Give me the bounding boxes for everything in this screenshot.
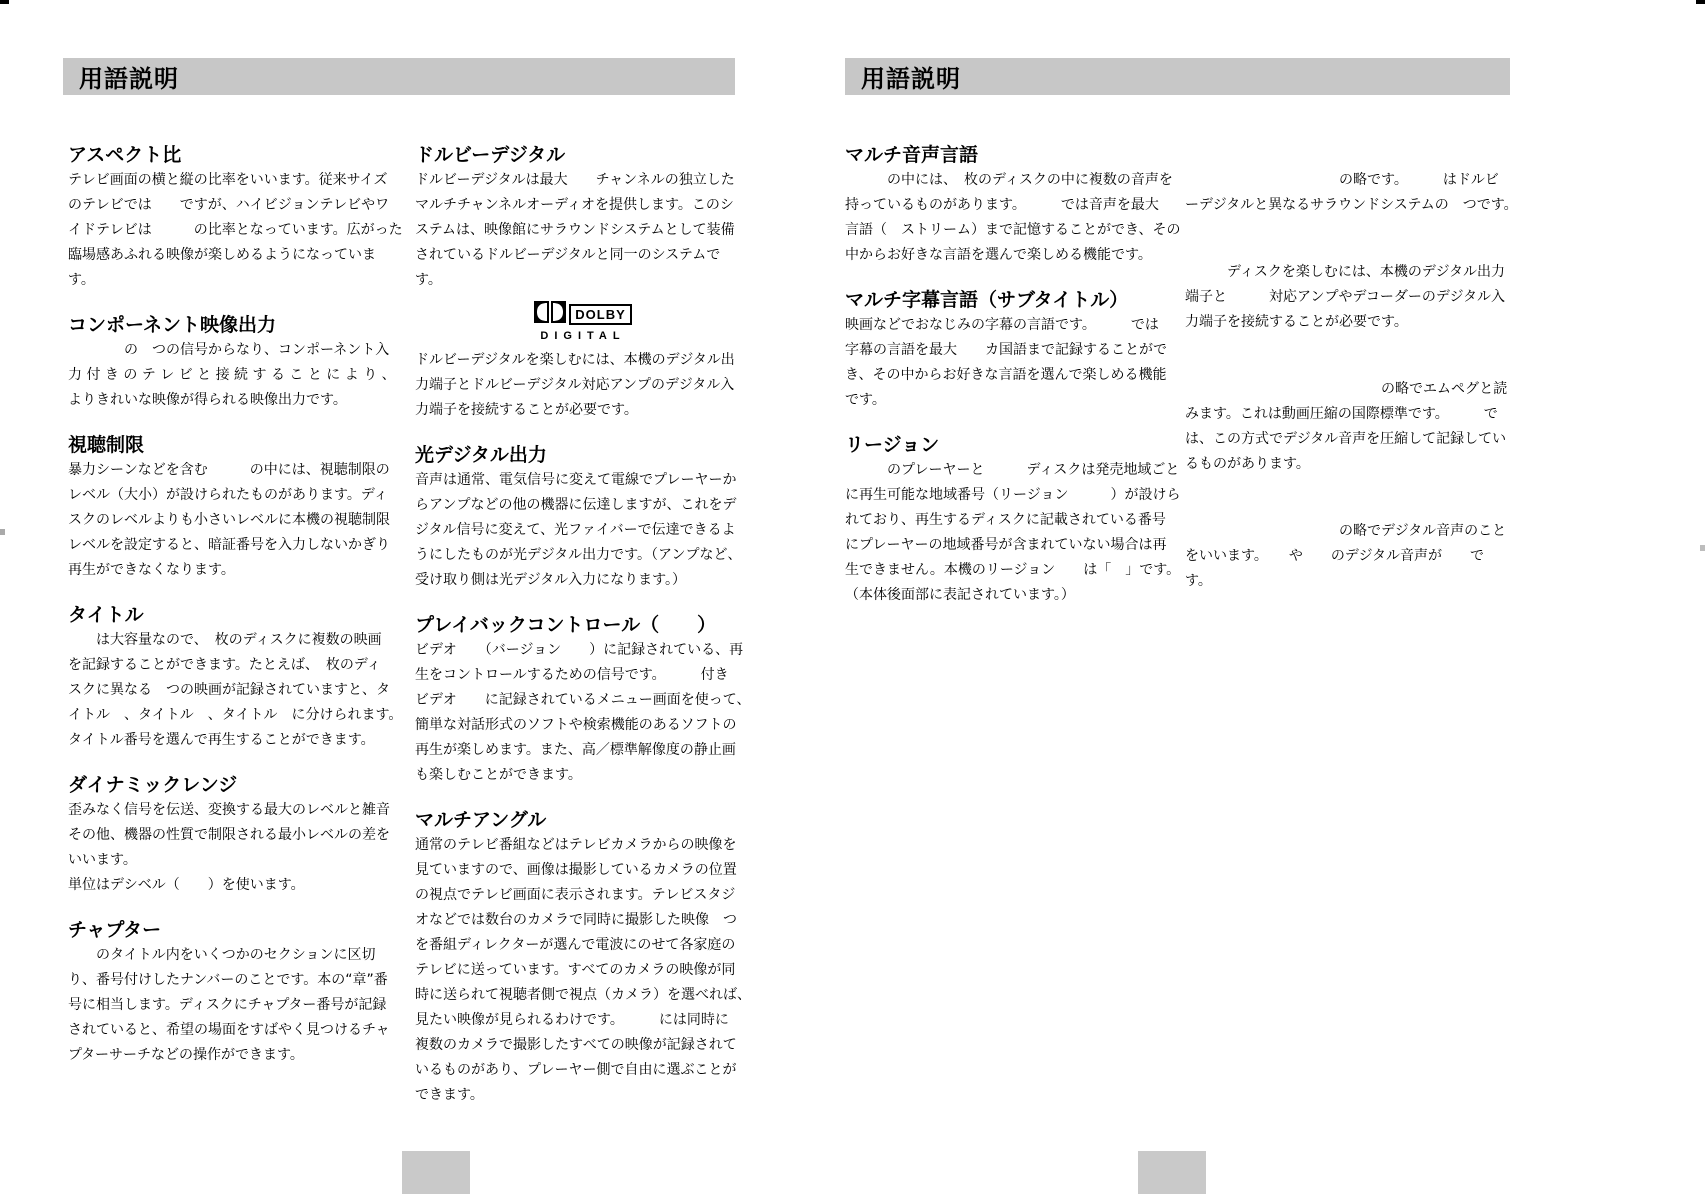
- entry-heading: コンポーネント映像出力: [68, 313, 398, 338]
- glossary-entry: アスペクト比テレビ画面の横と縦の比率をいいます。従来サイズ のテレビでは ですが…: [68, 143, 398, 293]
- glossary-entry: プレイバックコントロール（ ）ビデオ （バージョン ）に記録されている、再 生を…: [415, 613, 751, 788]
- page-number-placeholder: [402, 1151, 470, 1194]
- glossary-entry: 視聴制限暴力シーンなどを含む の中には、視聴制限の レベル（大小）が設けられたも…: [68, 433, 398, 583]
- dolby-wordmark: DOLBY: [569, 304, 632, 325]
- glossary-entry: ダイナミックレンジ歪みなく信号を伝送、変換する最大のレベルと雑音 その他、機器の…: [68, 773, 398, 898]
- glossary-entry: マルチアングル通常のテレビ番組などはテレビカメラからの映像を 見ていますので、画…: [415, 808, 751, 1108]
- entry-body: 音声は通常、電気信号に変えて電線でプレーヤーか らアンプなどの他の機器に伝達しま…: [415, 468, 751, 593]
- entry-heading: マルチ字幕言語（サブタイトル）: [845, 288, 1165, 313]
- print-mark-left-edge: [0, 529, 5, 535]
- glossary-entry: チャプター のタイトル内をいくつかのセクションに区切 り、番号付けしたナンバーの…: [68, 918, 398, 1068]
- entry-body: 映画などでおなじみの字幕の言語です。 では 字幕の言語を最大 カ国語まで記録する…: [845, 313, 1165, 413]
- manual-page-right: 用語説明 マルチ音声言語 の中には、 枚のディスクの中に複数の音声を 持っている…: [845, 58, 1510, 636]
- glossary-entry: タイトル は大容量なので、 枚のディスクに複数の映画 を記録することができます。…: [68, 603, 398, 753]
- entry-heading: マルチ音声言語: [845, 143, 1165, 168]
- double-d-icon: [534, 301, 566, 327]
- glossary-entry: の略でデジタル音声のこと をいいます。 や のデジタル音声が で す。: [1185, 519, 1518, 594]
- entry-heading: リージョン: [845, 433, 1165, 458]
- glossary-entry: コンポーネント映像出力 の つの信号からなり、コンポーネント入 力 付 き の …: [68, 313, 398, 413]
- entry-body: の略でエムペグと読 みます。これは動画圧縮の国際標準です。 で は、この方式でデ…: [1185, 377, 1518, 477]
- entry-heading: マルチアングル: [415, 808, 751, 833]
- entry-body: の略でデジタル音声のこと をいいます。 や のデジタル音声が で す。: [1185, 519, 1518, 594]
- glossary-column: の略です。 はドルビ ーデジタルと異なるサラウンドシステムの つです。 ディスク…: [1185, 143, 1518, 636]
- entry-body: は大容量なので、 枚のディスクに複数の映画 を記録することができます。たとえば、…: [68, 628, 398, 753]
- entry-body: の中には、 枚のディスクの中に複数の音声を 持っているものがあります。 では音声…: [845, 168, 1165, 268]
- glossary-entry: リージョン のプレーヤーと ディスクは発売地域ごと に再生可能な地域番号（リージ…: [845, 433, 1165, 608]
- glossary-column: マルチ音声言語 の中には、 枚のディスクの中に複数の音声を 持っているものがあり…: [845, 143, 1165, 636]
- entry-body-continued: ドルビーデジタルを楽しむには、本機のデジタル出 力端子とドルビーデジタル対応アン…: [415, 348, 751, 423]
- section-header-bar: 用語説明: [845, 58, 1510, 95]
- entry-heading: ダイナミックレンジ: [68, 773, 398, 798]
- page-title: 用語説明: [79, 59, 179, 94]
- glossary-column: ドルビーデジタルドルビーデジタルは最大 チャンネルの独立した マルチチャンネルオ…: [415, 143, 751, 1128]
- entry-body: の略です。 はドルビ ーデジタルと異なるサラウンドシステムの つです。: [1185, 168, 1518, 218]
- entry-body: のタイトル内をいくつかのセクションに区切 り、番号付けしたナンバーのことです。本…: [68, 943, 398, 1068]
- glossary-entry: マルチ字幕言語（サブタイトル）映画などでおなじみの字幕の言語です。 では 字幕の…: [845, 288, 1165, 413]
- entry-heading: アスペクト比: [68, 143, 398, 168]
- page-title: 用語説明: [861, 59, 961, 94]
- entry-heading: チャプター: [68, 918, 398, 943]
- glossary-entry: の略でエムペグと読 みます。これは動画圧縮の国際標準です。 で は、この方式でデ…: [1185, 377, 1518, 477]
- dolby-digital-logo: DOLBYDIGITAL: [415, 301, 751, 342]
- dolby-logo-row: DOLBY: [534, 301, 632, 327]
- entry-heading: タイトル: [68, 603, 398, 628]
- entry-heading: プレイバックコントロール（ ）: [415, 613, 751, 638]
- section-header-bar: 用語説明: [63, 58, 735, 95]
- glossary-entry: ディスクを楽しむには、本機のデジタル出力 端子と 対応アンプやデコーダーのデジタ…: [1185, 260, 1518, 335]
- entry-body: 暴力シーンなどを含む の中には、視聴制限の レベル（大小）が設けられたものがあり…: [68, 458, 398, 583]
- dolby-digital-label: DIGITAL: [540, 330, 625, 342]
- entry-body: ドルビーデジタルは最大 チャンネルの独立した マルチチャンネルオーディオを提供し…: [415, 168, 751, 293]
- entry-heading: ドルビーデジタル: [415, 143, 751, 168]
- page-number-placeholder: [1138, 1151, 1206, 1194]
- entry-heading: 視聴制限: [68, 433, 398, 458]
- entry-body: 通常のテレビ番組などはテレビカメラからの映像を 見ていますので、画像は撮影してい…: [415, 833, 751, 1108]
- entry-body: ビデオ （バージョン ）に記録されている、再 生をコントロールするための信号です…: [415, 638, 751, 788]
- print-mark-top-right: [1696, 0, 1705, 4]
- glossary-column: アスペクト比テレビ画面の横と縦の比率をいいます。従来サイズ のテレビでは ですが…: [68, 143, 398, 1128]
- glossary-entry: の略です。 はドルビ ーデジタルと異なるサラウンドシステムの つです。: [1185, 168, 1518, 218]
- glossary-entry: 光デジタル出力音声は通常、電気信号に変えて電線でプレーヤーか らアンプなどの他の…: [415, 443, 751, 593]
- glossary-columns: マルチ音声言語 の中には、 枚のディスクの中に複数の音声を 持っているものがあり…: [845, 143, 1510, 636]
- glossary-entry: マルチ音声言語 の中には、 枚のディスクの中に複数の音声を 持っているものがあり…: [845, 143, 1165, 268]
- glossary-entry: ドルビーデジタルドルビーデジタルは最大 チャンネルの独立した マルチチャンネルオ…: [415, 143, 751, 423]
- entry-body: 歪みなく信号を伝送、変換する最大のレベルと雑音 その他、機器の性質で制限される最…: [68, 798, 398, 898]
- entry-body: のプレーヤーと ディスクは発売地域ごと に再生可能な地域番号（リージョン ）が設…: [845, 458, 1165, 608]
- entry-body: の つの信号からなり、コンポーネント入 力 付 き の テ レ ビ と 接 続 …: [68, 338, 398, 413]
- entry-body: テレビ画面の横と縦の比率をいいます。従来サイズ のテレビでは ですが、ハイビジョ…: [68, 168, 398, 293]
- manual-page-left: 用語説明 アスペクト比テレビ画面の横と縦の比率をいいます。従来サイズ のテレビで…: [63, 58, 735, 1128]
- entry-body: ディスクを楽しむには、本機のデジタル出力 端子と 対応アンプやデコーダーのデジタ…: [1185, 260, 1518, 335]
- print-mark-top-left: [0, 0, 9, 4]
- glossary-columns: アスペクト比テレビ画面の横と縦の比率をいいます。従来サイズ のテレビでは ですが…: [63, 143, 735, 1128]
- entry-heading: 光デジタル出力: [415, 443, 751, 468]
- print-mark-right-edge: [1700, 545, 1705, 551]
